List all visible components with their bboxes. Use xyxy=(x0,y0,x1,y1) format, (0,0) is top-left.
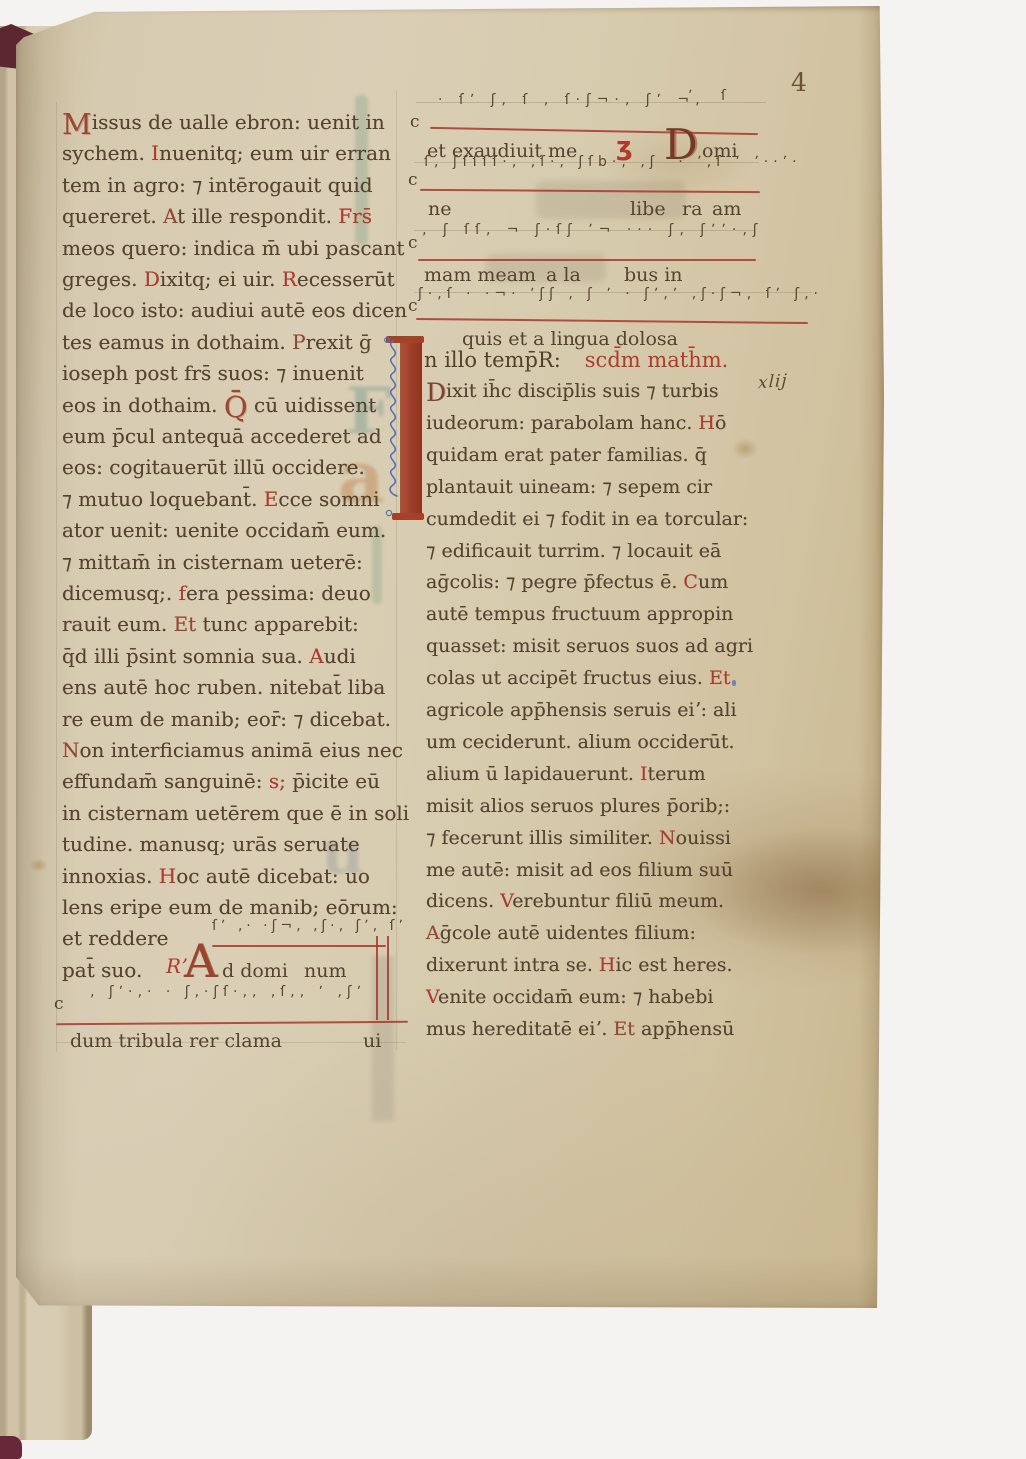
text-segment: t ille respondit. xyxy=(177,204,338,228)
music-staff: c ſ‚ ʃſſſſ·‚ ‚ſ·‚ ʃſb·‚ ‚ʃ ʼ· ʼ‚ſ ʼ ʼ··ʼ… xyxy=(406,154,776,224)
neumes: ſʼ ‚· ·ʃ¬‚ ‚ʃ·‚ ʃʼ‚ ſʼ xyxy=(212,918,407,934)
text-segment: misit alios seruos plures p̄orib;: xyxy=(426,795,730,817)
manuscript-text-line: tem in agro: ⁊ intērogauit quid xyxy=(62,171,373,203)
c-clef: c xyxy=(408,233,418,253)
manuscript-text-line: ⁊ edificauit turrim. ⁊ locauit eā xyxy=(426,537,721,569)
text-segment: ic est heres. xyxy=(615,954,732,976)
manuscript-text-line: de loco isto: audiui autē eos dicen xyxy=(62,296,407,328)
text-segment: A xyxy=(426,922,440,944)
text-segment: ecesserūt xyxy=(297,267,395,291)
text-segment: ⁊ mittam̄ in cisternam ueterē: xyxy=(62,550,363,574)
manuscript-text-line: quereret. At ille respondit. Frs̄ xyxy=(62,202,372,234)
text-segment: sychem. xyxy=(62,141,151,165)
manuscript-text-line: eum p̄cul antequā accederet ad xyxy=(62,422,382,454)
manuscript-text-line: agricole app̄hensis seruis eiʼ: ali xyxy=(426,696,737,728)
decorated-initial-I xyxy=(400,336,422,520)
manuscript-text-line: quidam erat pater familias. q̄ xyxy=(426,441,707,473)
manuscript-text-line: misit alios seruos plures p̄orib;: xyxy=(426,792,730,824)
manuscript-text-line: dicemusq;. fera pessima: deuo xyxy=(62,579,371,611)
text-segment: tunc apparebit: xyxy=(196,612,359,636)
text-segment: tudine. manusq; urās seruate xyxy=(62,832,360,856)
text-segment: ixitq; ei uir. xyxy=(160,267,282,291)
text-segment: eos: cogitauerūt illū occidere. xyxy=(62,455,365,479)
text-segment: nuenitq; eum uir erran xyxy=(159,141,391,165)
manuscript-scan: F a u 4 xlij Missus de ualle ebron: ueni… xyxy=(0,0,1026,1459)
manuscript-text-line: Aḡcole autē uidentes filium: xyxy=(426,919,696,951)
neumes: ‚ ʃ ſſ‚ ¬ ʃ·ſʃ ʼ¬ ··· ʃ‚ ʃʼʼ·‚ʃ xyxy=(422,222,763,238)
staff-red-line xyxy=(56,1021,408,1025)
text-segment: H xyxy=(159,864,176,888)
text-segment: I xyxy=(151,141,159,165)
manuscript-text-line: dicens. Verebuntur filiū meum. xyxy=(426,887,724,919)
text-segment: P xyxy=(292,330,305,354)
manuscript-text-line: ens autē hoc ruben. nitebat̄ liba xyxy=(62,673,385,705)
manuscript-text-line: eos: cogitauerūt illū occidere. xyxy=(62,453,365,485)
text-segment: H xyxy=(698,412,715,434)
text-segment: ⁊ edificauit turrim. ⁊ locauit eā xyxy=(426,540,721,562)
text-segment: plantauit uineam: ⁊ sepem cir xyxy=(426,476,712,498)
music-staff: c ‚ ʃ ſſ‚ ¬ ʃ·ſʃ ʼ¬ ··· ʃ‚ ʃʼʼ·‚ʃ mam me… xyxy=(406,222,768,288)
text-segment: s; xyxy=(269,769,286,793)
neumes: ʼ ſ xyxy=(688,88,738,104)
manuscript-text-line: in cisternam uetērem que ē in soli xyxy=(62,799,409,831)
neumes: · ſʼ ʃ‚ ſ ‚ ſ·ʃ¬·‚ ʃʼ ¬‚ xyxy=(438,92,706,108)
manuscript-text-line: Missus de ualle ebron: uenit in xyxy=(62,108,385,140)
manuscript-text-line: me autē: misit ad eos filium suū xyxy=(426,856,733,888)
text-segment: R xyxy=(282,267,297,291)
text-segment: eum p̄cul antequā accederet ad xyxy=(62,424,382,448)
manuscript-text-line: q̄d illi p̄sint somnia sua. Audi xyxy=(62,642,356,674)
staff-red-line xyxy=(416,318,808,324)
text-segment: dicemusq;. xyxy=(62,581,179,605)
chant-large-initial: A xyxy=(184,938,217,984)
text-segment: effundam̄ sanguinē: xyxy=(62,769,269,793)
manuscript-text-line: re eum de manib; eor̄: ⁊ dicebat. xyxy=(62,705,391,737)
text-segment: ouissi xyxy=(676,827,731,849)
text-segment: autē tempus fructuum appropin xyxy=(426,603,733,625)
manuscript-text-line: autē tempus fructuum appropin xyxy=(426,600,733,632)
neumes: ſ‚ ʃſſſſ·‚ ‚ſ·‚ ʃſb·‚ ‚ʃ ʼ· ʼ‚ſ ʼ ʼ··ʼ· xyxy=(424,154,802,170)
text-segment: Et xyxy=(174,612,197,636)
c-clef: c xyxy=(408,296,418,316)
text-segment: tes eamus in dothaim. xyxy=(62,330,292,354)
manuscript-text-line: meos quero: indica m̄ ubi pascant xyxy=(62,234,404,266)
manuscript-text-line: tudine. manusq; urās seruate xyxy=(62,830,360,862)
text-segment: ioseph post frs̄ suos: ⁊ inuenit xyxy=(62,361,364,385)
text-segment: ⁊ fecerunt illis similiter. xyxy=(426,827,659,849)
text-segment: ō xyxy=(715,412,726,434)
text-segment: A xyxy=(163,204,177,228)
manuscript-text-line: ioseph post frs̄ suos: ⁊ inuenit xyxy=(62,359,364,391)
manuscript-text-line: alium ū lapidauerunt. Iterum xyxy=(426,760,706,792)
text-segment: alium ū lapidauerunt. xyxy=(426,763,640,785)
text-segment: quereret. xyxy=(62,204,163,228)
text-segment: eos in dothaim. xyxy=(62,393,224,417)
text-segment: innoxias. xyxy=(62,864,159,888)
neumes: ʃ·‚ſ · ·¬· ʼʃʃ ‚ ʃ ʼ · ʃʼ‚ʼ ‚ʃ·ʃ¬‚ ſʼ ʃ‚… xyxy=(418,286,823,302)
chant-lyric: ra xyxy=(682,198,702,220)
text-segment: ator uenit: uenite occidam̄ eum. xyxy=(62,518,386,542)
chant-lyric: dum tribula rer clama xyxy=(70,1030,282,1052)
manuscript-text-line: innoxias. Hoc autē dicebat: uo xyxy=(62,862,370,894)
text-segment: ⁊ mutuo loquebant̄. xyxy=(62,487,264,511)
c-clef: c xyxy=(54,994,64,1014)
text-segment: Frs̄ xyxy=(338,204,372,228)
text-segment: um xyxy=(698,571,728,593)
manuscript-text-line: greges. Dixitq; ei uir. Recesserūt xyxy=(62,265,395,297)
text-segment: M xyxy=(62,107,92,141)
chant-lyric: d domi xyxy=(222,960,288,982)
text-segment: ixit ih̄c discip̄lis suis ⁊ turbis xyxy=(446,380,719,402)
text-segment: f xyxy=(179,581,186,605)
c-clef: c xyxy=(408,170,418,190)
text-segment: de loco isto: audiui autē eos dicen xyxy=(62,298,407,322)
text-segment: Q̄ xyxy=(224,390,248,424)
chant-lyric: ui xyxy=(363,1030,381,1052)
text-segment: C xyxy=(683,571,698,593)
music-staff: c ‚ ʃʼ·‚· · ʃ‚·ʃſ·‚‚ ‚ſ‚‚ ʼ ‚ʃʼ dum trib… xyxy=(54,984,416,1058)
binding-cover-edge-bottom xyxy=(0,1436,22,1459)
text-segment: era pessima: deuo xyxy=(186,581,371,605)
chant-lyric: bus in xyxy=(624,264,683,286)
text-segment: D xyxy=(144,267,160,291)
blue-ink-fleck xyxy=(732,680,736,686)
text-segment: lens eripe eum de manib; eōrum: xyxy=(62,895,398,919)
text-segment: enite occidam̄ eum: ⁊ habebi xyxy=(438,986,713,1008)
text-segment: rexit ḡ xyxy=(306,330,372,354)
manuscript-text-line: mus hereditatē eiʼ. Et app̄hensū xyxy=(426,1015,734,1047)
manuscript-text-line: sychem. Inuenitq; eum uir erran xyxy=(62,139,391,171)
manuscript-text-line: ⁊ fecerunt illis similiter. Nouissi xyxy=(426,824,731,856)
penwork-filigree-icon xyxy=(381,335,399,521)
text-segment: udi xyxy=(324,644,356,668)
gospel-incipit: n illo temp̄R:scd̄m math̄m. xyxy=(424,348,728,372)
chant-lyric: libe xyxy=(630,198,666,220)
margin-chapter-note: xlij xyxy=(758,371,789,394)
text-segment: aḡcolis: ⁊ pegre p̄fectus ē. xyxy=(426,571,683,593)
manuscript-text-line: Non interficiamus animā eius nec xyxy=(62,736,403,768)
text-segment: erebuntur filiū meum. xyxy=(512,890,724,912)
text-segment: rauit eum. xyxy=(62,612,174,636)
text-segment: tem in agro: ⁊ intērogauit quid xyxy=(62,173,373,197)
manuscript-text-line: rauit eum. Et tunc apparebit: xyxy=(62,610,359,642)
text-segment: cce somni xyxy=(278,487,379,511)
text-segment: H xyxy=(599,954,616,976)
text-segment: dicens. xyxy=(426,890,500,912)
manuscript-text-line: aḡcolis: ⁊ pegre p̄fectus ē. Cum xyxy=(426,568,728,600)
music-staff: c ʃ·‚ſ · ·¬· ʼʃʃ ‚ ʃ ʼ · ʃʼ‚ʼ ‚ʃ·ʃ¬‚ ſʼ … xyxy=(406,286,818,352)
text-segment: quasset: misit seruos suos ad agri xyxy=(426,635,753,657)
staff-red-line xyxy=(430,127,758,135)
text-segment: D xyxy=(426,378,446,407)
chant-lyric: ne xyxy=(428,198,451,220)
text-segment: colas ut accipēt fructus eius. xyxy=(426,667,709,689)
manuscript-text-line: quasset: misit seruos suos ad agri xyxy=(426,632,753,664)
text-segment: on interficiamus animā eius nec xyxy=(80,738,403,762)
text-segment: mus hereditatē eiʼ. xyxy=(426,1018,613,1040)
text-segment: ens autē hoc ruben. nitebat̄ liba xyxy=(62,675,385,699)
text-segment: V xyxy=(500,890,512,912)
chant-lyric: mam meam xyxy=(424,264,536,286)
text-segment: Et xyxy=(613,1018,635,1040)
chant-lyric: am xyxy=(712,198,741,220)
text-segment: oc autē dicebat: uo xyxy=(176,864,370,888)
text-segment: V xyxy=(426,986,438,1008)
column-ruling-line xyxy=(56,102,57,1052)
chant-lyric: quis et a lin xyxy=(462,328,575,350)
text-segment: app̄hensū xyxy=(635,1018,734,1040)
staff-red-line xyxy=(212,945,386,947)
staff-red-line xyxy=(418,259,756,261)
text-segment: dixerunt intra se. xyxy=(426,954,599,976)
text-segment: p̄icite eū xyxy=(286,769,380,793)
neumes: ‚ ʃʼ·‚· · ʃ‚·ʃſ·‚‚ ‚ſ‚‚ ʼ ‚ʃʼ xyxy=(90,984,366,1000)
text-segment: quidam erat pater familias. q̄ xyxy=(426,444,707,466)
manuscript-text-line: Venite occidam̄ eum: ⁊ habebi xyxy=(426,983,713,1015)
manuscript-text-line: iudeorum: parabolam hanc. Hō xyxy=(426,409,726,441)
text-segment: cū uidissent xyxy=(248,393,377,417)
chant-lyric: a la xyxy=(546,264,581,286)
text-segment: iudeorum: parabolam hanc. xyxy=(426,412,698,434)
text-segment: me autē: misit ad eos filium suū xyxy=(426,859,733,881)
text-segment: N xyxy=(62,738,80,762)
text-segment: E xyxy=(264,487,279,511)
text-segment: q̄d illi p̄sint somnia sua. xyxy=(62,644,309,668)
text-segment: um ceciderunt. alium occiderūt. xyxy=(426,731,735,753)
manuscript-text-line: tes eamus in dothaim. Prexit ḡ xyxy=(62,328,372,360)
manuscript-text-line: eos in dothaim. Q̄ cū uidissent xyxy=(62,391,376,423)
manuscript-text-line: plantauit uineam: ⁊ sepem cir xyxy=(426,473,712,505)
text-segment: N xyxy=(659,827,676,849)
manuscript-text-line: dixerunt intra se. Hic est heres. xyxy=(426,951,733,983)
text-segment: issus de ualle ebron: uenit in xyxy=(92,110,385,134)
text-segment: Et xyxy=(709,667,731,689)
manuscript-text-line: cumdedit ei ⁊ fodit in ea torcular: xyxy=(426,505,748,537)
text-segment: greges. xyxy=(62,267,144,291)
manuscript-text-line: ator uenit: uenite occidam̄ eum. xyxy=(62,516,386,548)
c-clef: c xyxy=(410,112,420,132)
parchment-folio: F a u 4 xlij Missus de ualle ebron: ueni… xyxy=(16,6,884,1308)
text-segment: meos quero: indica m̄ ubi pascant xyxy=(62,236,404,260)
chant-lyric: num xyxy=(304,960,347,982)
manuscript-text-line: effundam̄ sanguinē: s; p̄icite eū xyxy=(62,767,380,799)
text-segment: A xyxy=(309,644,323,668)
text-segment: agricole app̄hensis seruis eiʼ: ali xyxy=(426,699,737,721)
text-segment: in cisternam uetērem que ē in soli xyxy=(62,801,409,825)
manuscript-text-line: ⁊ mutuo loquebant̄. Ecce somni xyxy=(62,485,380,517)
folio-number: 4 xyxy=(791,68,807,97)
rubric-secundum-mattheum: scd̄m math̄m. xyxy=(585,348,729,372)
manuscript-text-line: Dixit ih̄c discip̄lis suis ⁊ turbis xyxy=(426,377,719,409)
text-segment: cumdedit ei ⁊ fodit in ea torcular: xyxy=(426,508,748,530)
manuscript-text-line: ⁊ mittam̄ in cisternam ueterē: xyxy=(62,548,363,580)
incipit-text: n illo temp̄R: xyxy=(424,348,561,372)
text-segment: terum xyxy=(647,763,705,785)
manuscript-text-line: colas ut accipēt fructus eius. Et xyxy=(426,664,731,696)
text-segment: re eum de manib; eor̄: ⁊ dicebat. xyxy=(62,707,391,731)
manuscript-text-line: um ceciderunt. alium occiderūt. xyxy=(426,728,735,760)
chant-lyric: gua dolosa xyxy=(574,328,678,350)
staff-red-line xyxy=(420,189,760,193)
text-segment: ḡcole autē uidentes filium: xyxy=(440,922,696,944)
